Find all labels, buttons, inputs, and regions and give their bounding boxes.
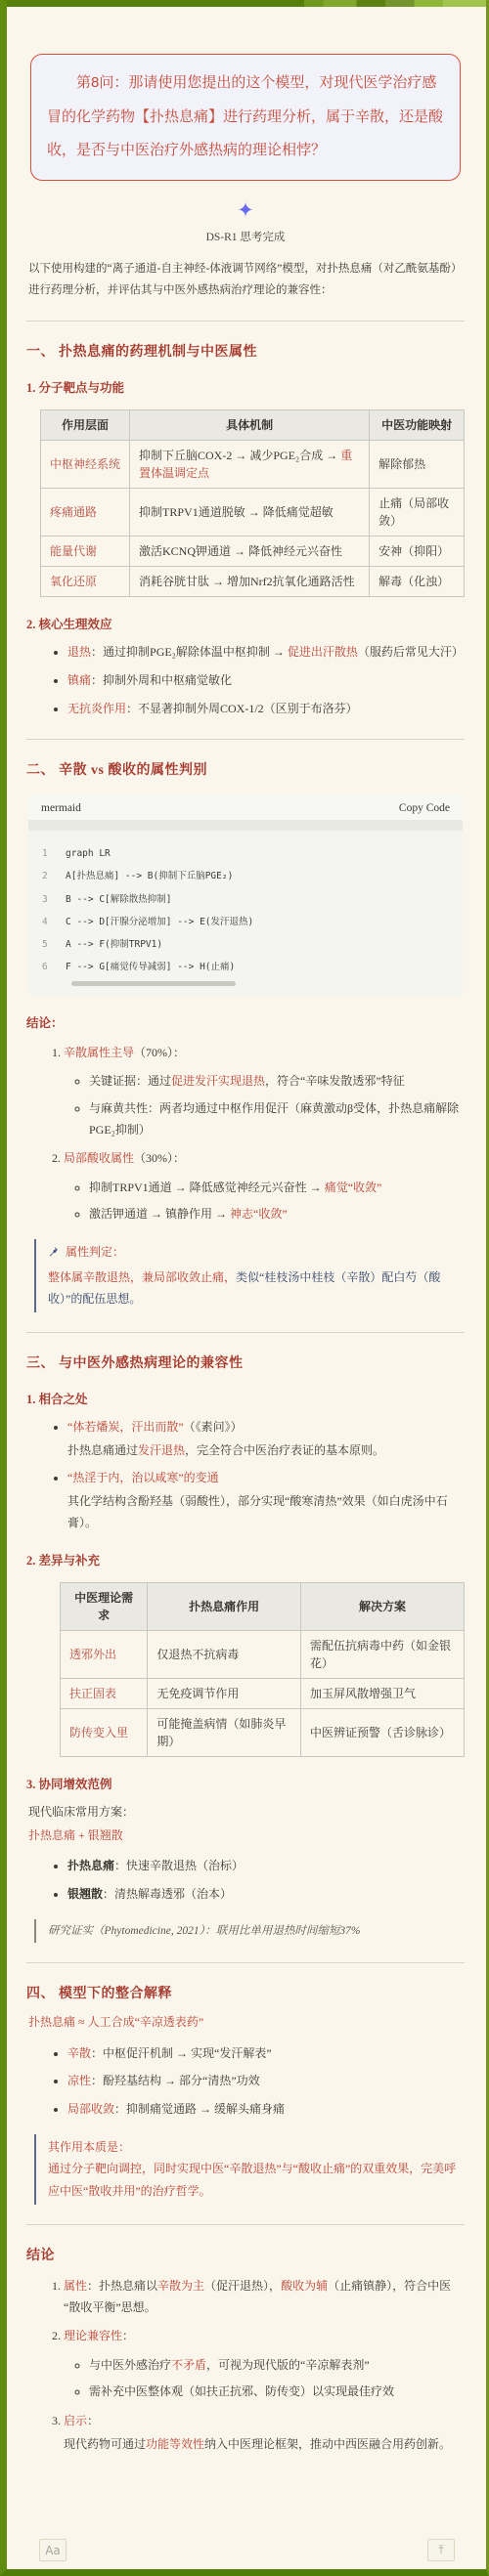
section-3-sub-3-heading: 3. 协同增效范例 xyxy=(26,1775,465,1792)
table-row: 氧化还原 消耗谷胱甘肽 → 增加Nrf2抗氧化通路活性 解毒（化浊） xyxy=(41,567,465,597)
code-block-header: mermaid Copy Code xyxy=(28,794,463,820)
sub-list: 与中医外感治疗不矛盾，可视为现代版的“辛凉解表剂” 需补充中医整体观（如扶正抗邪… xyxy=(64,2355,465,2403)
section-3-sub-1-heading: 1. 相合之处 xyxy=(26,1390,465,1407)
code-line: B --> C[解除散热抑制] xyxy=(38,888,453,911)
code-block: mermaid Copy Code graph LR A[扑热息痛] --> B… xyxy=(28,794,463,996)
layer-cell: 中枢神经系统 xyxy=(41,441,130,489)
solution-cell: 需配伍抗病毒中药（如金银花） xyxy=(301,1631,465,1679)
header-cell: 作用层面 xyxy=(41,410,130,441)
back-to-top-icon: ⤒ xyxy=(438,2543,443,2557)
font-settings-icon: Aa xyxy=(45,2544,61,2557)
section-3-sub-2-heading: 2. 差异与补充 xyxy=(26,1551,465,1568)
top-progress-bar xyxy=(7,0,486,7)
section-1-sub-1-heading: 1. 分子靶点与功能 xyxy=(26,378,465,396)
list-item: 属性：扑热息痛以辛散为主（促汗退热），酸收为辅（止痛镇静），符合中医“散收平衡”… xyxy=(64,2276,465,2318)
section-2-heading: 二、 辛散 vs 酸收的属性判别 xyxy=(26,759,465,779)
list-item: 理论兼容性： 与中医外感治疗不矛盾，可视为现代版的“辛凉解表剂” 需补充中医整体… xyxy=(64,2326,465,2403)
integration-lead: 扑热息痛 ≈ 人工合成“辛凉透表药” xyxy=(28,2012,463,2034)
final-conclusion-list: 属性：扑热息痛以辛散为主（促汗退热），酸收为辅（止痛镇静），符合中医“散收平衡”… xyxy=(26,2276,465,2455)
header-cell: 扑热息痛作用 xyxy=(148,1583,301,1631)
pharmacology-table: 作用层面 具体机制 中医功能映射 中枢神经系统 抑制下丘脑COX-2 → 减少P… xyxy=(40,409,465,597)
section-divider xyxy=(26,321,465,322)
bottom-spacer xyxy=(26,2467,465,2539)
code-line: A --> F(抑制TRPV1) xyxy=(38,933,453,956)
code-header-band xyxy=(28,820,463,831)
code-body: graph LR A[扑热息痛] --> B(抑制下丘脑PGE₂) B --> … xyxy=(28,831,463,996)
header-cell: 中医功能映射 xyxy=(370,410,465,441)
section-divider xyxy=(26,1962,465,1963)
quote-body: 整体属辛散退热，兼局部收敛止痛，类似“桂枝汤中桂枝（辛散）配白芍（酸收）”的配伍… xyxy=(48,1267,461,1311)
reader-page: 第8问：那请使用您提出的这个模型，对现代医学治疗感冒的化学药物【扑热息痛】进行药… xyxy=(0,0,489,2576)
layer-cell: 氧化还原 xyxy=(41,567,130,597)
mechanism-cell: 抑制下丘脑COX-2 → 减少PGE₂合成 → 重置体温调定点 xyxy=(130,441,370,489)
article-content: 第8问：那请使用您提出的这个模型，对现代医学治疗感冒的化学药物【扑热息痛】进行药… xyxy=(7,54,486,2569)
table-row: 防传变入里 可能掩盖病情（如肺炎早期） 中医辨证预警（舌诊脉诊） xyxy=(61,1709,465,1757)
list-item: 抑制TRPV1通道 → 降低感觉神经元兴奋性 → 痛觉“收敛” xyxy=(89,1178,465,1199)
code-line: A[扑热息痛] --> B(抑制下丘脑PGE₂) xyxy=(38,865,453,887)
tcm-cell: 解除郁热 xyxy=(370,441,465,489)
list-item: 激活钾通道 → 镇静作用 → 神志“收敛” xyxy=(89,1204,465,1225)
font-settings-button[interactable]: Aa xyxy=(39,2539,67,2561)
solution-cell: 加玉屏风散增强卫气 xyxy=(301,1679,465,1709)
list-item: 凉性：酚羟基结构 → 部分“清热”功效 xyxy=(67,2071,465,2092)
code-line: graph LR xyxy=(38,842,453,865)
effect-cell: 无免疫调节作用 xyxy=(148,1679,301,1709)
table-header-row: 作用层面 具体机制 中医功能映射 xyxy=(41,410,465,441)
solution-cell: 中医辨证预警（舌诊脉诊） xyxy=(301,1709,465,1757)
conclusion-label: 结论： xyxy=(26,1013,465,1031)
integration-list: 辛散：中枢促汗机制 → 实现“发汗解表” 凉性：酚羟基结构 → 部分“清热”功效… xyxy=(26,2043,465,2121)
plan-intro: 现代临床常用方案： xyxy=(28,1802,463,1824)
question-text: 第8问：那请使用您提出的这个模型，对现代医学治疗感冒的化学药物【扑热息痛】进行药… xyxy=(47,66,444,168)
effect-cell: 可能掩盖病情（如肺炎早期） xyxy=(148,1709,301,1757)
list-item: 局部酸收属性（30%）： 抑制TRPV1通道 → 降低感觉神经元兴奋性 → 痛觉… xyxy=(64,1148,465,1225)
tcm-cell: 安神（抑阳） xyxy=(370,537,465,567)
table-row: 能量代谢 激活KCNQ钾通道 → 降低神经元兴奋性 安神（抑阳） xyxy=(41,537,465,567)
section-3-heading: 三、 与中医外感热病理论的兼容性 xyxy=(26,1352,465,1372)
copy-code-button[interactable]: Copy Code xyxy=(399,802,450,814)
quote-title: 其作用本质是： xyxy=(48,2136,461,2159)
list-item: “体若燔炭，汗出而散”（《素问》） 扑热息痛通过发汗退热，完全符合中医治疗表证的… xyxy=(67,1417,465,1461)
footer-toolbar: Aa ⤒ xyxy=(26,2539,465,2569)
table-row: 扶正固表 无免疫调节作用 加玉屏风散增强卫气 xyxy=(61,1679,465,1709)
plan-list: 扑热息痛：快速辛散退热（治标） 银翘散：清热解毒透邪（治本） xyxy=(26,1856,465,1905)
essence-quote: 其作用本质是： 通过分子靶向调控，同时实现中医“辛散退热”与“酸收止痛”的双重效… xyxy=(34,2134,465,2205)
thinking-divider: ✦ DS-R1 思考完成 xyxy=(26,200,465,244)
list-item: 无抗炎作用：不显著抑制外周COX-1/2（区别于布洛芬） xyxy=(67,699,465,720)
layer-cell: 能量代谢 xyxy=(41,537,130,567)
header-cell: 具体机制 xyxy=(130,410,370,441)
table-row: 中枢神经系统 抑制下丘脑COX-2 → 减少PGE₂合成 → 重置体温调定点 解… xyxy=(41,441,465,489)
sparkle-icon: ✦ xyxy=(26,200,465,221)
code-line: F --> G[痛觉传导减弱] --> H(止痛) xyxy=(38,956,453,978)
attribute-judgement-quote: 属性判定： 整体属辛散退热，兼局部收敛止痛，类似“桂枝汤中桂枝（辛散）配白芍（酸… xyxy=(34,1239,465,1312)
section-divider xyxy=(26,1332,465,1333)
need-cell: 防传变入里 xyxy=(61,1709,148,1757)
table-header-row: 中医理论需求 扑热息痛作用 解决方案 xyxy=(61,1583,465,1631)
mechanism-cell: 抑制TRPV1通道脱敏 → 降低痛觉超敏 xyxy=(130,489,370,537)
code-line: C --> D[汗腺分泌增加] --> E(发汗退热) xyxy=(38,911,453,933)
layer-cell: 疼痛通路 xyxy=(41,489,130,537)
need-cell: 透邪外出 xyxy=(61,1631,148,1679)
table-row: 透邪外出 仅退热不抗病毒 需配伍抗病毒中药（如金银花） xyxy=(61,1631,465,1679)
list-item: 启示： 现代药物可通过功能等效性纳入中医理论框架，推动中西医融合用药创新。 xyxy=(64,2411,465,2455)
header-cell: 解决方案 xyxy=(301,1583,465,1631)
attribute-conclusion-list: 辛散属性主导（70%）： 关键证据：通过促进发汗实现退热，符合“辛味发散透邪”特… xyxy=(26,1043,465,1225)
question-bubble: 第8问：那请使用您提出的这个模型，对现代医学治疗感冒的化学药物【扑热息痛】进行药… xyxy=(30,54,461,181)
thinking-status: DS-R1 思考完成 xyxy=(26,229,465,244)
list-item: 与麻黄共性：两者均通过中枢作用促汗（麻黄激动β受体，扑热息痛解除PGE₂抑制） xyxy=(89,1098,465,1140)
effects-list: 退热：通过抑制PGE₂解除体温中枢抑制 → 促进出汗散热（服药后常见大汗） 镇痛… xyxy=(26,642,465,719)
list-item: 退热：通过抑制PGE₂解除体温中枢抑制 → 促进出汗散热（服药后常见大汗） xyxy=(67,642,465,664)
need-cell: 扶正固表 xyxy=(61,1679,148,1709)
list-item: 扑热息痛：快速辛散退热（治标） xyxy=(67,1856,465,1877)
tcm-cell: 止痛（局部收敛） xyxy=(370,489,465,537)
back-to-top-button[interactable]: ⤒ xyxy=(427,2539,455,2561)
section-1-sub-2-heading: 2. 核心生理效应 xyxy=(26,615,465,632)
code-language-label: mermaid xyxy=(41,802,81,814)
section-4-heading: 四、 模型下的整合解释 xyxy=(26,1983,465,2002)
final-conclusion-heading: 结论 xyxy=(26,2245,465,2264)
mechanism-cell: 消耗谷胱甘肽 → 增加Nrf2抗氧化通路活性 xyxy=(130,567,370,597)
horizontal-scrollbar-thumb[interactable] xyxy=(71,981,236,986)
sub-list: 抑制TRPV1通道 → 降低感觉神经元兴奋性 → 痛觉“收敛” 激活钾通道 → … xyxy=(64,1178,465,1225)
list-item: 局部收敛：抑制痛觉通路 → 缓解头痛身痛 xyxy=(67,2099,465,2121)
mechanism-cell: 激活KCNQ钾通道 → 降低神经元兴奋性 xyxy=(130,537,370,567)
pushpin-icon xyxy=(48,1242,59,1265)
list-item: 需补充中医整体观（如扶正抗邪、防传变）以实现最佳疗效 xyxy=(89,2382,465,2403)
table-row: 疼痛通路 抑制TRPV1通道脱敏 → 降低痛觉超敏 止痛（局部收敛） xyxy=(41,489,465,537)
effect-cell: 仅退热不抗病毒 xyxy=(148,1631,301,1679)
list-item: 与中医外感治疗不矛盾，可视为现代版的“辛凉解表剂” xyxy=(89,2355,465,2377)
list-item: 银翘散：清热解毒透邪（治本） xyxy=(67,1884,465,1906)
compatibility-list: “体若燔炭，汗出而散”（《素问》） 扑热息痛通过发汗退热，完全符合中医治疗表证的… xyxy=(26,1417,465,1533)
header-cell: 中医理论需求 xyxy=(61,1583,148,1631)
list-item: “热淫于内，治以咸寒”的变通 其化学结构含酚羟基（弱酸性），部分实现“酸寒清热”… xyxy=(67,1468,465,1533)
list-item: 镇痛：抑制外周和中枢痛觉敏化 xyxy=(67,670,465,692)
section-divider xyxy=(26,2224,465,2225)
study-quote: 研究证实（Phytomedicine, 2021）：联用比单用退热时间缩短37% xyxy=(34,1919,465,1944)
intro-paragraph: 以下使用构建的“离子通道-自主神经-体液调节网络”模型，对扑热息痛（对乙酰氨基酚… xyxy=(28,258,463,302)
quote-title: 属性判定： xyxy=(66,1245,124,1259)
list-item: 关键证据：通过促进发汗实现退热，符合“辛味发散透邪”特征 xyxy=(89,1071,465,1093)
list-item: 辛散属性主导（70%）： 关键证据：通过促进发汗实现退热，符合“辛味发散透邪”特… xyxy=(64,1043,465,1140)
quote-body: 通过分子靶向调控，同时实现中医“辛散退热”与“酸收止痛”的双重效果，完美呼应中医… xyxy=(48,2158,461,2203)
difference-table: 中医理论需求 扑热息痛作用 解决方案 透邪外出 仅退热不抗病毒 需配伍抗病毒中药… xyxy=(60,1582,465,1757)
list-item: 辛散：中枢促汗机制 → 实现“发汗解表” xyxy=(67,2043,465,2065)
plan-name: 扑热息痛 + 银翘散 xyxy=(28,1825,463,1847)
tcm-cell: 解毒（化浊） xyxy=(370,567,465,597)
section-1-heading: 一、 扑热息痛的药理机制与中医属性 xyxy=(26,341,465,361)
section-divider xyxy=(26,739,465,740)
sub-list: 关键证据：通过促进发汗实现退热，符合“辛味发散透邪”特征 与麻黄共性：两者均通过… xyxy=(64,1071,465,1140)
